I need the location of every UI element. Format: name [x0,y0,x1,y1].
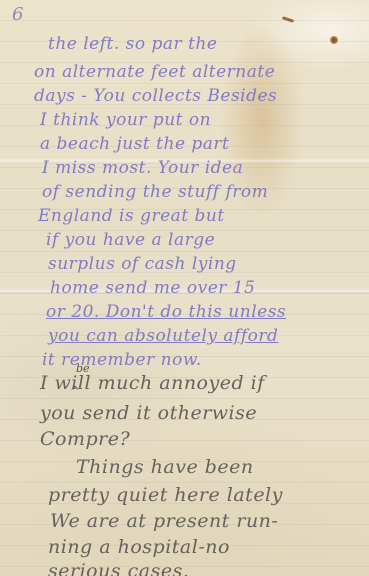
letter-line-underlined: you can absolutely afford [48,326,278,346]
letter-line: I will much annoyed if [40,372,265,394]
letter-line: home send me over 15 [50,278,255,298]
letter-line: surplus of cash lying [48,254,237,274]
letter-line: Things have been [76,456,254,478]
letter-line: ning a hospital-no [48,536,230,558]
letter-line-underlined: or 20. Don't do this unless [46,302,286,322]
ink-stain [282,16,294,23]
letter-line: We are at present run- [50,510,278,532]
letter-line: I think your put on [40,110,211,130]
page-number: 6 [12,4,23,25]
letter-line: it remember now. [42,350,202,370]
letter-line: if you have a large [46,230,215,250]
letter-line: you send it otherwise [40,402,257,424]
letter-line: on alternate feet alternate [34,62,275,82]
letter-line: the left. so par the [48,34,217,54]
letter-line: of sending the stuff from [42,182,268,202]
letter-line: pretty quiet here lately [48,484,283,506]
rust-spot [330,36,338,44]
letter-line: England is great but [38,206,225,226]
letter-line: a beach just the part [40,134,229,154]
letter-line: Compre? [40,428,130,450]
letter-line: I miss most. Your idea [42,158,243,178]
letter-line: serious cases. [48,560,189,576]
letter-line: days - You collects Besides [34,86,277,106]
letter-page: 6 the left. so par the on alternate feet… [0,0,369,576]
